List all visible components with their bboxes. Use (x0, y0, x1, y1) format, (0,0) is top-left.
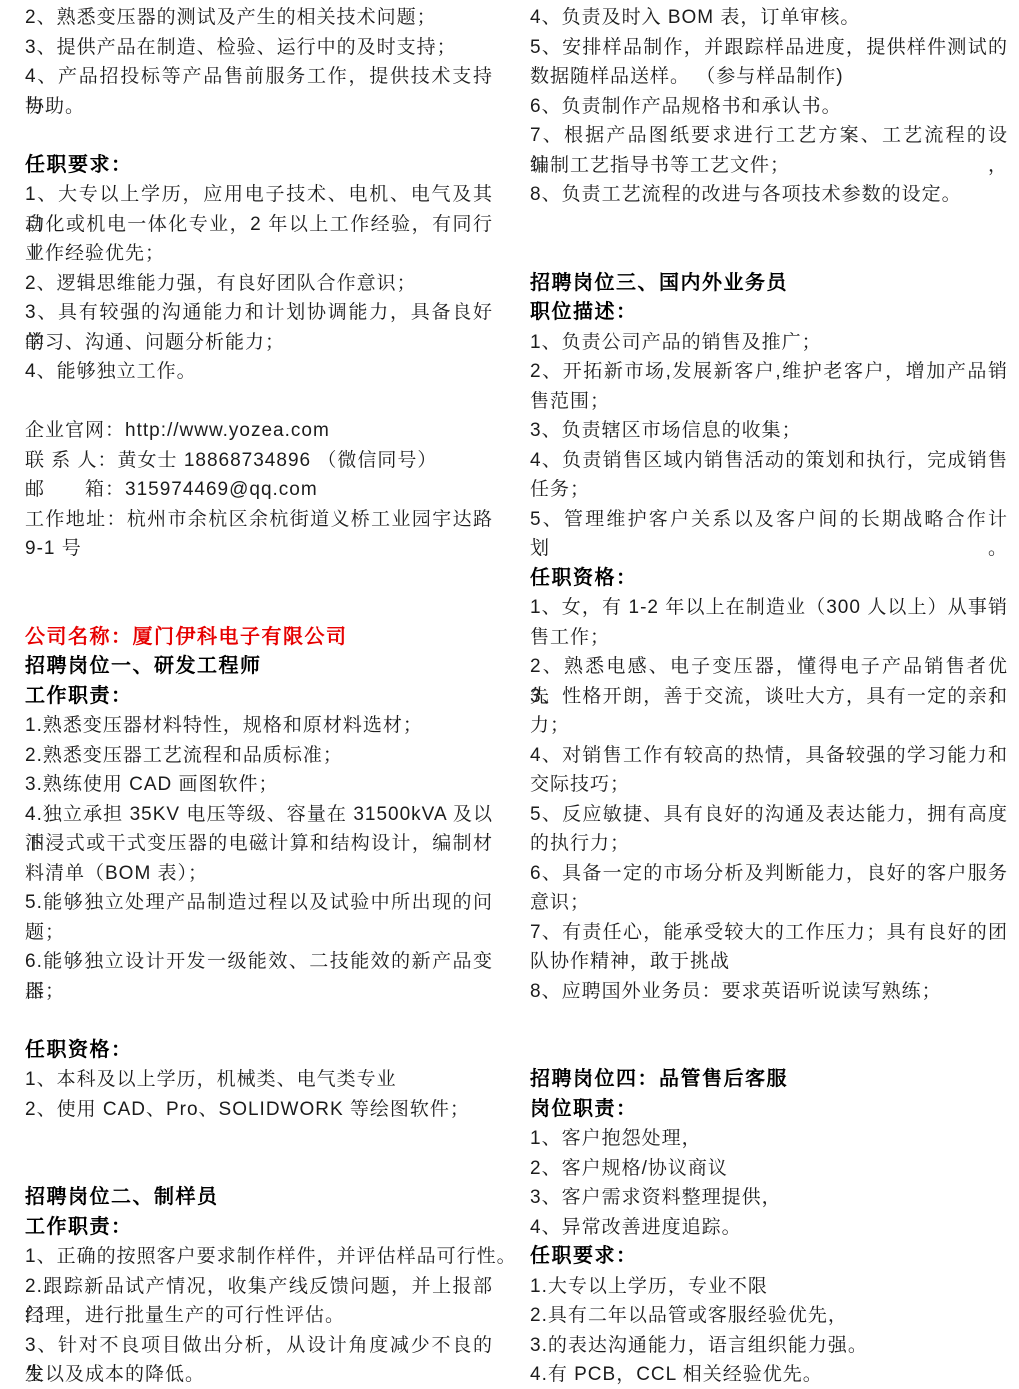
text-line: 7、根据产品图纸要求进行工艺方案、工艺流程的设计， (530, 121, 1008, 151)
text-line: 1、女，有 1-2 年以上在制造业（300 人以上）从事销 (530, 593, 1008, 623)
text-line: 2、客户规格/协议商议 (530, 1154, 1008, 1184)
section-heading: 任职要求： (25, 151, 493, 181)
text-line: 1、负责公司产品的销售及推广； (530, 328, 1008, 358)
text-line: 2、熟悉电感、电子变压器，懂得电子产品销售者优先； (530, 652, 1008, 682)
text-line: 联 系 人：黄女士 18868734896 （微信同号） (25, 446, 493, 476)
text-line: 动化或机电一体化专业，2 年以上工作经验，有同行业 (25, 210, 493, 240)
blank-line (530, 239, 1008, 269)
text-line: 4、异常改善进度追踪。 (530, 1213, 1008, 1243)
text-line: 3、针对不良项目做出分析，从设计角度减少不良的发 (25, 1331, 493, 1361)
section-heading: 任职要求： (530, 1242, 1008, 1272)
text-line: 5、管理维护客户关系以及客户间的长期战略合作计划。 (530, 505, 1008, 535)
text-line: 3、性格开朗，善于交流，谈吐大方，具有一定的亲和 (530, 682, 1008, 712)
section-heading: 任职资格： (25, 1036, 493, 1066)
text-line: 1.熟悉变压器材料特性，规格和原材料选材； (25, 711, 493, 741)
text-line: 4.独立承担 35KV 电压等级、容量在 31500kVA 及以下 (25, 800, 493, 830)
section-heading: 工作职责： (25, 1213, 493, 1243)
section-heading: 岗位职责： (530, 1095, 1008, 1125)
text-line: 6、负责制作产品规格书和承认书。 (530, 92, 1008, 122)
text-line: 5、反应敏捷、具有良好的沟通及表达能力，拥有高度 (530, 800, 1008, 830)
text-line: 8、负责工艺流程的改进与各项技术参数的设定。 (530, 180, 1008, 210)
blank-line (25, 564, 493, 594)
text-line: 3、客户需求资料整理提供， (530, 1183, 1008, 1213)
section-heading: 职位描述： (530, 298, 1008, 328)
job-posting-document: 2、熟悉变压器的测试及产生的相关技术问题；3、提供产品在制造、检验、运行中的及时… (0, 0, 1019, 1389)
text-line: 3、具有较强的沟通能力和计划协调能力，具备良好的 (25, 298, 493, 328)
blank-line (25, 1124, 493, 1154)
text-line: 4、负责销售区域内销售活动的策划和执行，完成销售 (530, 446, 1008, 476)
text-line: 学习、沟通、问题分析能力； (25, 328, 493, 358)
blank-line (25, 121, 493, 151)
text-line: 5、安排样品制作，并跟踪样品进度，提供样件测试的 (530, 33, 1008, 63)
section-heading: 任职资格： (530, 564, 1008, 594)
text-line: 的执行力； (530, 829, 1008, 859)
text-line: 2、开拓新市场,发展新客户,维护老客户，增加产品销 (530, 357, 1008, 387)
text-line: 8、应聘国外业务员：要求英语听说读写熟练； (530, 977, 1008, 1007)
text-line: 1、大专以上学历，应用电子技术、电机、电气及其自 (25, 180, 493, 210)
section-heading: 招聘岗位二、制样员 (25, 1183, 493, 1213)
text-line: 料清单（BOM 表）； (25, 859, 493, 889)
text-line: 4、产品招投标等产品售前服务工作，提供技术支持与 (25, 62, 493, 92)
text-line: 售工作； (530, 623, 1008, 653)
text-line: 题； (25, 918, 493, 948)
blank-line (530, 1036, 1008, 1066)
text-line: 3、负责辖区市场信息的收集； (530, 416, 1008, 446)
section-heading: 工作职责： (25, 682, 493, 712)
section-heading: 招聘岗位一、研发工程师 (25, 652, 493, 682)
text-line: 企业官网：http://www.yozea.com (25, 416, 493, 446)
text-line: 队协作精神，敢于挑战 (530, 947, 1008, 977)
text-line: 邮 箱：315974469@qq.com (25, 475, 493, 505)
text-line: 6.能够独立设计开发一级能效、二技能效的新产品变压 (25, 947, 493, 977)
text-line: 意识； (530, 888, 1008, 918)
text-line: 3、提供产品在制造、检验、运行中的及时支持； (25, 33, 493, 63)
text-line: 2、使用 CAD、Pro、SOLIDWORK 等绘图软件； (25, 1095, 493, 1125)
text-line: 4、能够独立工作。 (25, 357, 493, 387)
company-name-line: 公司名称：厦门伊科电子有限公司 (25, 623, 493, 653)
text-line: 交际技巧； (530, 770, 1008, 800)
text-line: 经理，进行批量生产的可行性评估。 (25, 1301, 493, 1331)
blank-line (530, 1006, 1008, 1036)
text-line: 器； (25, 977, 493, 1007)
text-line: 1、客户抱怨处理， (530, 1124, 1008, 1154)
text-line: 油浸式或干式变压器的电磁计算和结构设计，编制材 (25, 829, 493, 859)
text-line: 售范围； (530, 387, 1008, 417)
blank-line (25, 1154, 493, 1184)
text-line: 2.跟踪新品试产情况，收集产线反馈问题，并上报部门 (25, 1272, 493, 1302)
text-line: 数据随样品送样。 （参与样品制作) (530, 62, 1008, 92)
text-line: 2.熟悉变压器工艺流程和品质标准； (25, 741, 493, 771)
text-line: 2、熟悉变压器的测试及产生的相关技术问题； (25, 3, 493, 33)
text-line: 工作经验优先； (25, 239, 493, 269)
text-line: 4、负责及时入 BOM 表，订单审核。 (530, 3, 1008, 33)
text-line: 4.有 PCB，CCL 相关经验优先。 (530, 1360, 1008, 1389)
text-line: 2.具有二年以品管或客服经验优先， (530, 1301, 1008, 1331)
text-line: 1.大专以上学历，专业不限 (530, 1272, 1008, 1302)
blank-line (25, 1006, 493, 1036)
text-line: 2、逻辑思维能力强，有良好团队合作意识； (25, 269, 493, 299)
text-line: 1、正确的按照客户要求制作样件，并评估样品可行性。 (25, 1242, 493, 1272)
section-heading: 招聘岗位三、国内外业务员 (530, 269, 1008, 299)
text-line: 工作地址：杭州市余杭区余杭街道义桥工业园宇达路 (25, 505, 493, 535)
blank-line (25, 387, 493, 417)
text-line: 3.的表达沟通能力，语言组织能力强。 (530, 1331, 1008, 1361)
text-line: 生以及成本的降低。 (25, 1360, 493, 1389)
right-column: 4、负责及时入 BOM 表，订单审核。5、安排样品制作，并跟踪样品进度，提供样件… (530, 3, 1008, 1389)
text-line: 6、具备一定的市场分析及判断能力，良好的客户服务 (530, 859, 1008, 889)
text-line: 协助。 (25, 92, 493, 122)
left-column: 2、熟悉变压器的测试及产生的相关技术问题；3、提供产品在制造、检验、运行中的及时… (25, 3, 493, 1389)
text-line: 任务； (530, 475, 1008, 505)
blank-line (530, 210, 1008, 240)
section-heading: 招聘岗位四：品管售后客服 (530, 1065, 1008, 1095)
text-line: 7、有责任心，能承受较大的工作压力；具有良好的团 (530, 918, 1008, 948)
text-line: 5.能够独立处理产品制造过程以及试验中所出现的问 (25, 888, 493, 918)
text-line: 力； (530, 711, 1008, 741)
text-line: 4、对销售工作有较高的热情，具备较强的学习能力和 (530, 741, 1008, 771)
blank-line (25, 593, 493, 623)
text-line: 9-1 号 (25, 534, 493, 564)
text-line: 1、本科及以上学历，机械类、电气类专业 (25, 1065, 493, 1095)
text-line: 3.熟练使用 CAD 画图软件； (25, 770, 493, 800)
